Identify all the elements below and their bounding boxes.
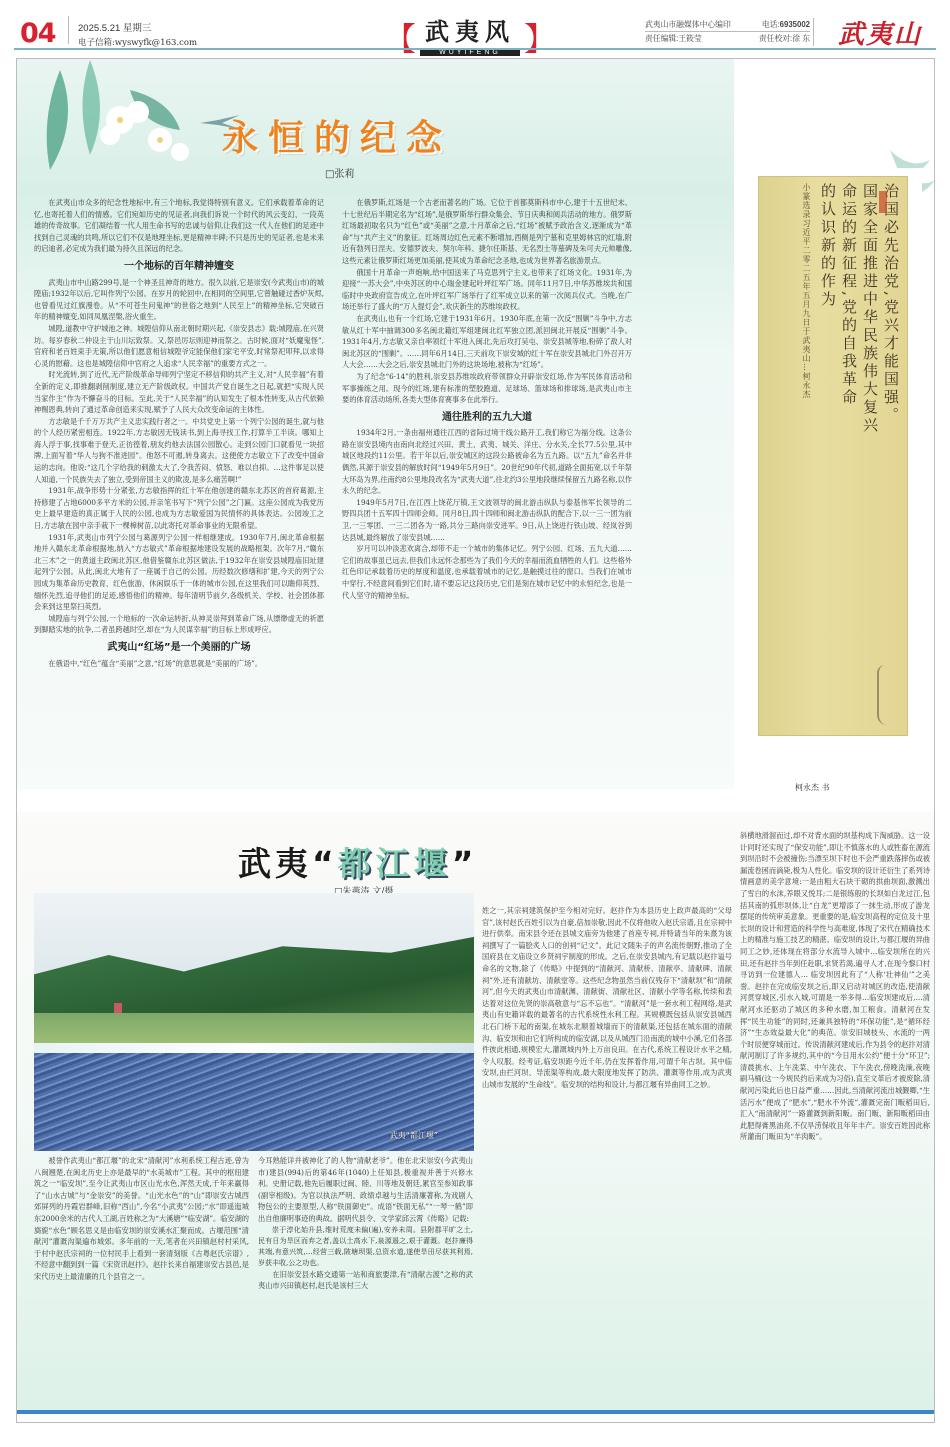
building <box>114 1003 122 1013</box>
paragraph: 城隍庙与列宁公园,一个地标的一次命运转折,从神灵崇拜到革命广场,从缥缈虚无的祈愿… <box>34 613 324 636</box>
paragraph: 在武夷山,也有一个红场,它建于1931年6月。1930年底,在第一次反“围剿”斗… <box>342 313 632 371</box>
paragraph: 1931年,武夷山市列宁公园与葛源列宁公园一样相继建成。1930年7月,闽北革命… <box>34 532 324 613</box>
editor-credit: 责任编辑:王筱莹 <box>645 32 702 46</box>
article2-column-3: 姓之一,其宗祠建筑保护至今相对完好。赵抃作为本县历史上政声最高的“父母官”,该村… <box>482 905 732 1091</box>
quoted-passage: 崇于淳化始升县,维时荒度未偏(遍),安养未周。县附郡平旷之土,民有日为旱区而弃之… <box>258 1225 473 1269</box>
paragraph: 方志敏是千千万万共产主义忠实践行者之一。中共党史上第一个列宁公园的诞生,就与他的… <box>34 416 324 486</box>
info-divider <box>813 18 814 46</box>
title-prefix: 武夷 <box>238 844 312 883</box>
close-quote: ” <box>452 844 478 883</box>
seal-stamp-icon <box>879 191 887 213</box>
paragraph: 在武夷山市众多的纪念性地标中,有三个地标,我觉得特别有意义。它们承载着革命的记忆… <box>34 197 324 255</box>
article1-column-1: 在武夷山市众多的纪念性地标中,有三个地标,我觉得特别有意义。它们承载着革命的记忆… <box>34 197 324 669</box>
paragraph: 1949年5月7日,在江西上饶花厅镇,王文波领导的闽北游击纵队与泰基伟军长领导的… <box>342 497 632 543</box>
figure-sketch-icon <box>877 665 899 725</box>
bracket-right-icon: 】 <box>524 14 556 60</box>
paragraph: 1931年,战争形势十分紧张,方志敏指挥的红十军在他创建的赣东北苏区的首府葛源,… <box>34 485 324 531</box>
paragraph: 在俄语中,“红色”蕴含“美丽”之意,“红场”的意思就是“美丽的广场”。 <box>34 658 324 670</box>
calligraphy-column: 命运的新征程,党的自我革命 <box>838 183 859 729</box>
paragraph: 在俄罗斯,红场是一个古老而著名的广场。它位于首都莫斯科市中心,建于十五世纪末、十… <box>342 197 632 267</box>
article1-title: 永恒的纪念 <box>222 110 452 161</box>
paragraph: 斜横地滑溜而过,却不对背水面的坝基构成下淘威胁。这一设计同时还实现了“保安功能”… <box>740 830 930 1143</box>
page-number: 04 <box>20 18 56 49</box>
calligraphy-artwork: 治国必先治党,党兴才能国强。 国家全面推进中华民族伟大复兴 命运的新征程,党的自… <box>758 176 908 736</box>
editorial-info: 武夷山市融媒体中心编印 电话:6935002 责任编辑:王筱莹 责任校对:徐 东 <box>645 18 810 46</box>
bracket-left-icon: 【 <box>384 14 416 60</box>
printer-credit: 武夷山市融媒体中心编印 <box>645 18 731 31</box>
section-masthead: 【 武夷风 WUYIFENG 】 <box>390 10 550 52</box>
paragraph: 被誉作武夷山“都江堰”的北宋“清献河”水利系统工程古迹,曾为八闽翘楚,在闽北历史… <box>34 1155 249 1283</box>
title-highlight: 都江堰 <box>338 844 452 883</box>
header-rule <box>14 48 936 50</box>
paragraph: 时光流转,到了近代,无产阶级革命导师列宁坚定不移信仰的共产主义,对“人民幸福”有… <box>34 369 324 415</box>
header-divider <box>68 16 69 44</box>
article2-column-2: 今耳熟能详并被神化了的人物“清献老爷”。他在北宋崇安(今武夷山市)建县(994)… <box>258 1155 473 1292</box>
calligraphy-column: 国家全面推进中华民族伟大复兴 <box>859 183 880 729</box>
calligraphy-caption: 柯永杰 书 <box>795 782 830 793</box>
issue-date: 2025.5.21 星期三 <box>78 20 151 34</box>
paragraph: 岁月可以冲淡悲欢离合,却带不走一个城市的集体记忆。列宁公园、红场、五九大道……它… <box>342 543 632 601</box>
article2-column-4: 斜横地滑溜而过,却不对背水面的坝基构成下淘威胁。这一设计同时还实现了“保安功能”… <box>740 830 930 1143</box>
calligraphy-inscription: 小篆选录习近平二零二五年五月九日于武夷山…柯永杰 <box>801 183 817 729</box>
subheading: 武夷山“红场”是一个美丽的广场 <box>34 642 324 654</box>
proofreader-credit: 责任校对:徐 东 <box>759 32 810 46</box>
paragraph: 今耳熟能详并被神化了的人物“清献老爷”。他在北宋崇安(今武夷山市)建县(994)… <box>258 1155 473 1225</box>
phone-label: 电话: <box>762 20 780 29</box>
subheading: 一个地标的百年精神嬗变 <box>34 261 324 273</box>
paragraph: 俄国十月革命一声炮响,给中国送来了马克思列宁主义,也带来了红场文化。1931年,… <box>342 267 632 313</box>
phone-number: 6935002 <box>780 20 810 29</box>
masthead-pinyin: WUYIFENG <box>420 49 520 56</box>
open-quote: “ <box>312 844 338 883</box>
calligraphy-column: 的认识新的作为 <box>817 183 838 729</box>
article1-byline: □张莉 <box>325 165 354 180</box>
photo-caption: 武夷“都江堰” <box>390 1130 438 1141</box>
calligraphy-column: 治国必先治党,党兴才能国强。 <box>880 183 901 729</box>
subheading: 通往胜利的五九大道 <box>342 412 632 424</box>
paragraph: 姓之一,其宗祠建筑保护至今相对完好。赵抃作为本县历史上政声最高的“父母官”,该村… <box>482 905 732 1091</box>
wuyishan-logo: 武夷山 <box>838 14 922 51</box>
article1-column-2: 在俄罗斯,红场是一个古老而著名的广场。它位于首都莫斯科市中心,建于十五世纪末、十… <box>342 197 632 601</box>
paragraph: 为了纪念“6·14”的胜利,崇安县苏维埃政府带领群众开辟崇安红场,作为军民体育活… <box>342 371 632 406</box>
dam-photo: 武夷“都江堰” <box>34 893 474 1151</box>
paragraph: 在旧崇安县水路交通第一站和商旅要津,有“清献古渡”之称的武夷山市兴田镇赵村,赵氏… <box>258 1269 473 1292</box>
contact-email: 电子信箱:wyswyfk@163.com <box>78 36 197 48</box>
flower-decoration-icon <box>20 60 220 180</box>
paragraph: 武夷山市中山路299号,是一个神圣且神奇的地方。很久以前,它是崇安(今武夷山市)… <box>34 277 324 323</box>
paragraph: 1934年2月,一条由福州通往江西的省际过境干线公路开工,我们称它为福分线。这条… <box>342 427 632 497</box>
article2-column-1: 被誉作武夷山“都江堰”的北宋“清献河”水利系统工程古迹,曾为八闽翘楚,在闽北历史… <box>34 1155 249 1283</box>
paragraph: 城隍,道教中守护城池之神。城隍信仰从南北朝时期兴起,《崇安县志》载:城隍庙,在兴… <box>34 323 324 369</box>
article2-title: 武夷“都江堰” <box>238 838 477 885</box>
footer-bar <box>17 1410 934 1414</box>
